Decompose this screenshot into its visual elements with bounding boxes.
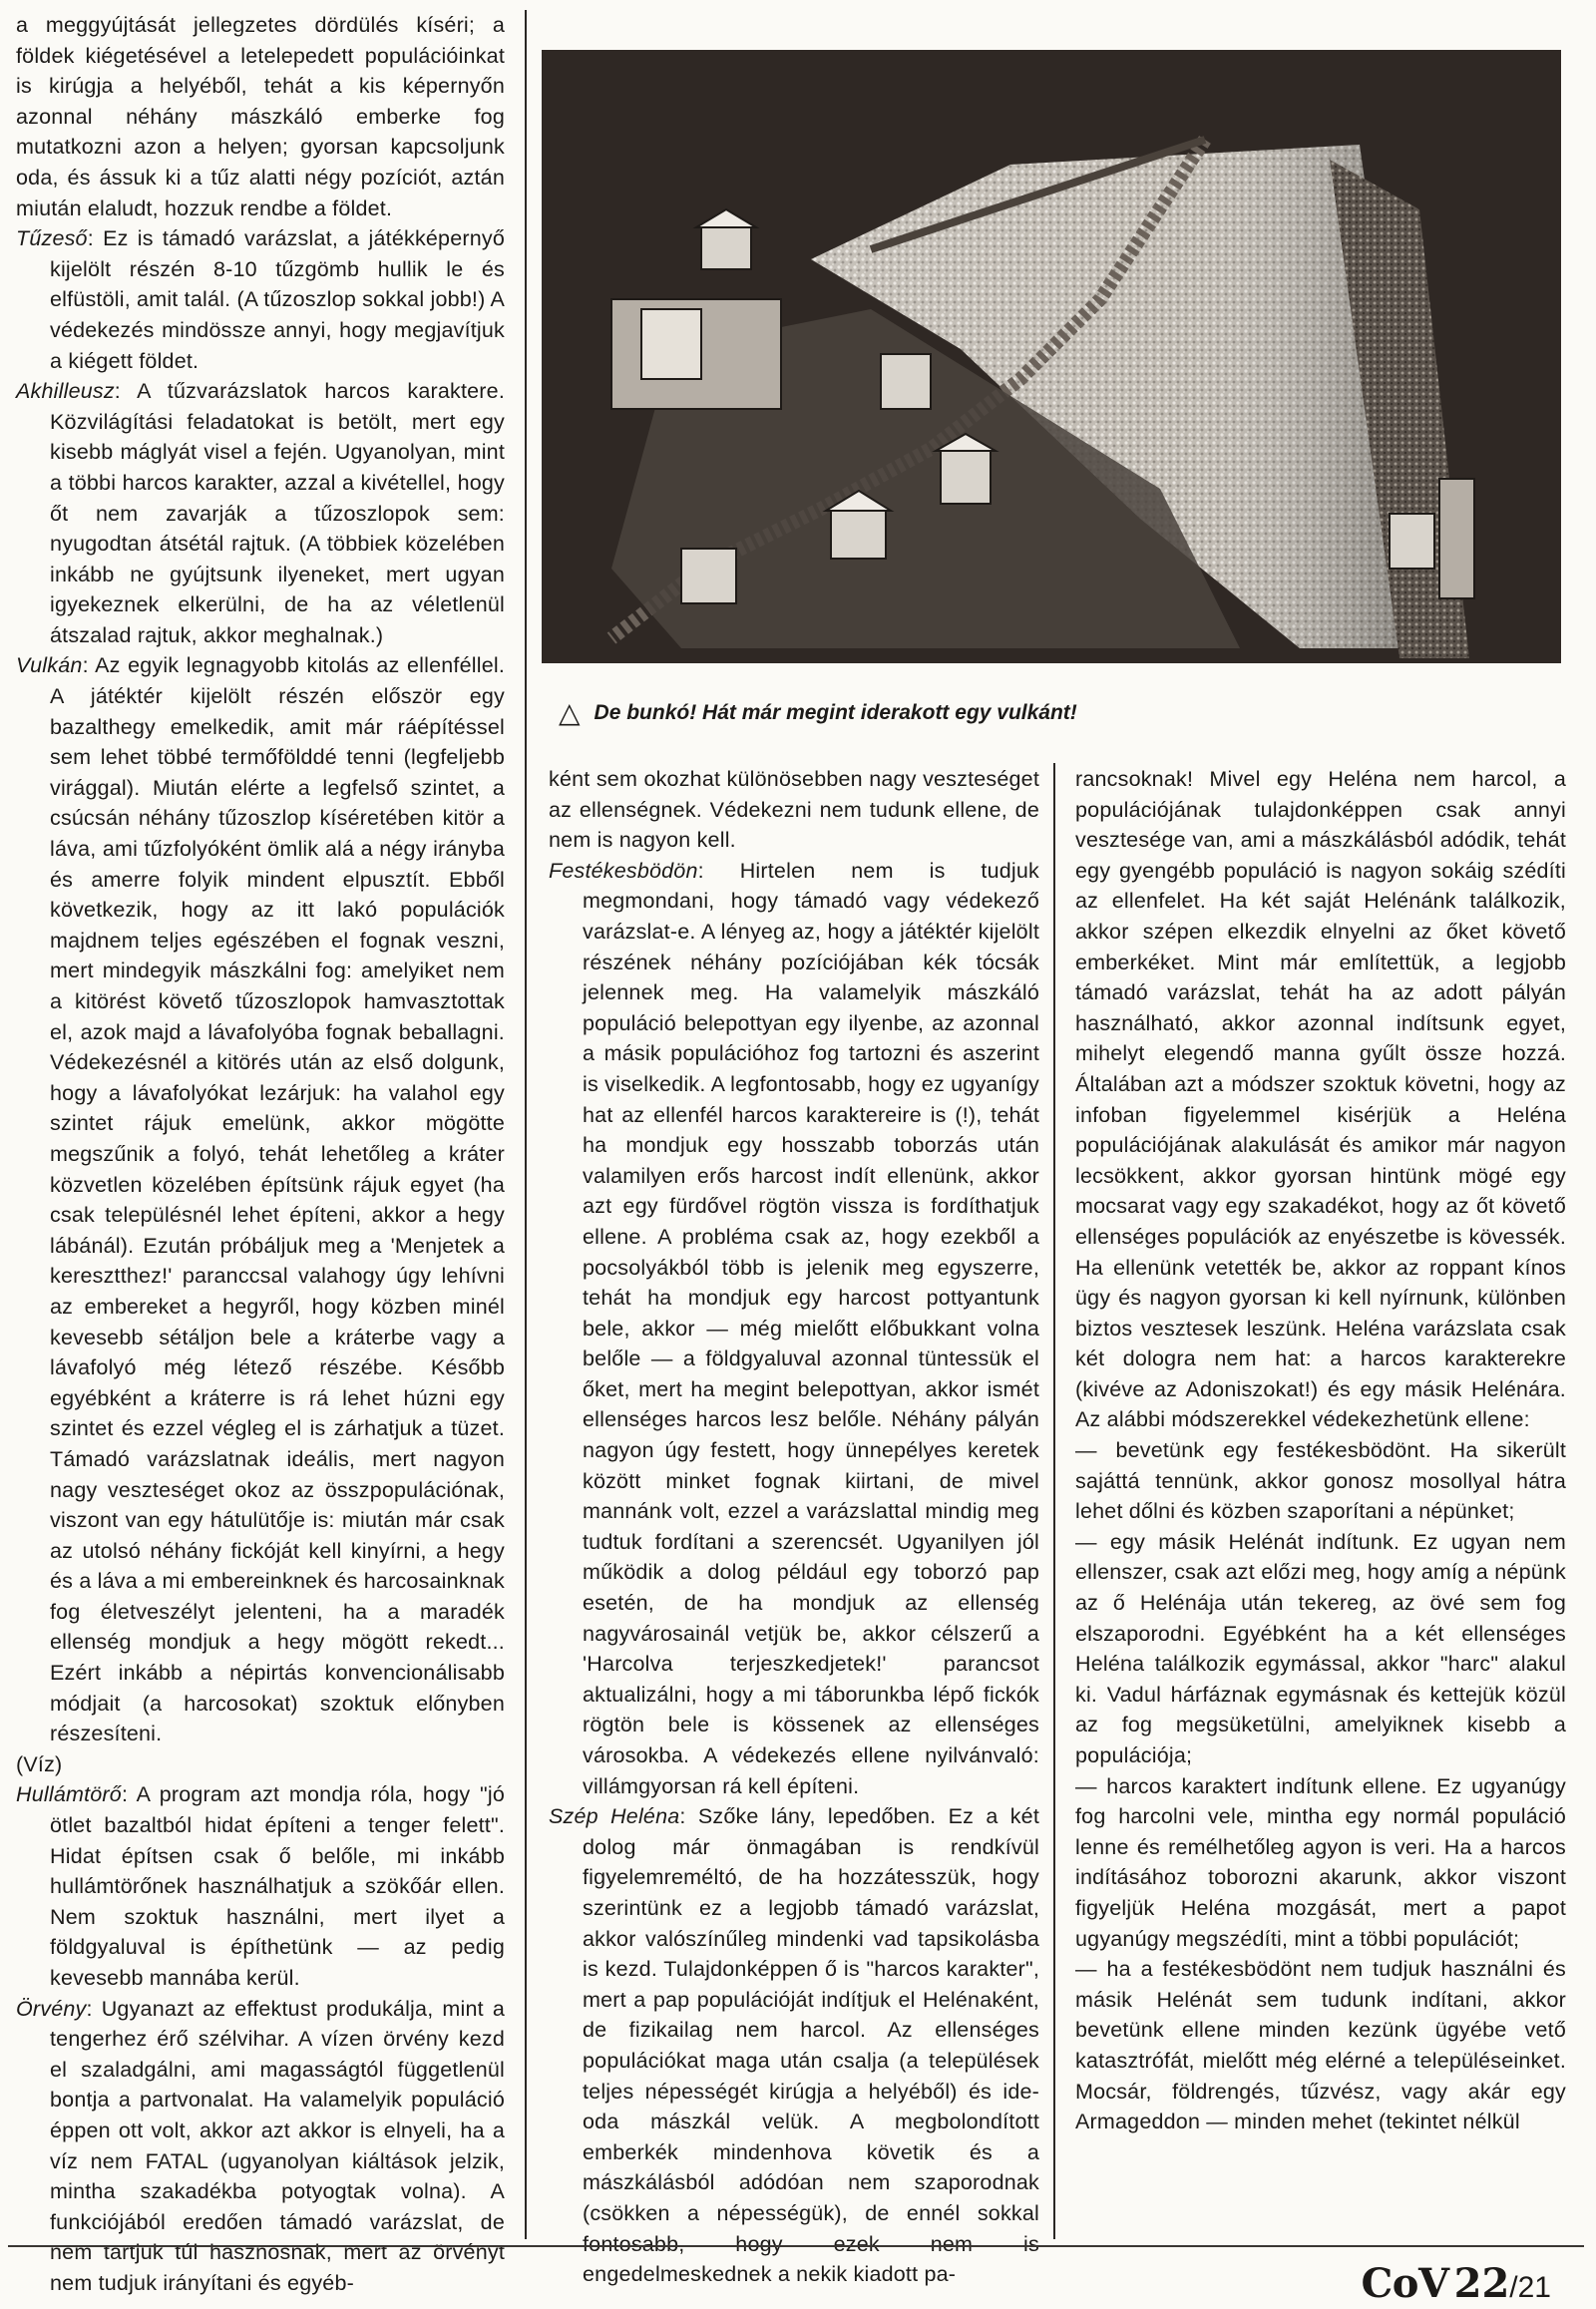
defense-method-item: — harcos karaktert indítunk ellene. Ez u… [1075, 1771, 1566, 1955]
page-separator: / [1509, 2271, 1517, 2304]
article-column-1: a meggyújtását jellegzetes dördülés kísé… [16, 10, 505, 2299]
spell-description: : Ugyanazt az effektust produkálja, mint… [50, 1997, 505, 2295]
spell-entry-akhilleusz: Akhilleusz: A tűzvarázslatok harcos kara… [16, 376, 505, 650]
spell-term: Tűzeső [16, 226, 88, 250]
spell-term: Örvény [16, 1997, 87, 2021]
triangle-icon: △ [559, 699, 581, 727]
figure-caption: △ De bunkó! Hát már megint iderakott egy… [559, 698, 1556, 728]
issue-number: 22 [1454, 2260, 1510, 2307]
spell-entry-tuzeso: Tűzeső: Ez is támadó varázslat, a játékk… [16, 223, 505, 376]
defense-method-item: — ha a festékesbödönt nem tudjuk használ… [1075, 1954, 1566, 2137]
volcano-scene-image [542, 50, 1561, 663]
column-divider [1053, 763, 1055, 2239]
magazine-brand: CoV [1361, 2260, 1448, 2307]
defense-method-item: — bevetünk egy festékesbödönt. Ha sikerü… [1075, 1435, 1566, 1527]
page-number: 21 [1518, 2271, 1551, 2304]
spell-description: : A tűzvarázslatok harcos karaktere. Köz… [50, 379, 505, 647]
spell-description: : Szőke lány, lepedőben. Ez a két dolog … [583, 1804, 1039, 2286]
article-column-3: rancsoknak! Mivel egy Heléna nem harcol,… [1075, 764, 1566, 2137]
spell-description: : Hirtelen nem is tudjuk megmondani, hog… [583, 859, 1039, 1798]
spell-description: : Az egyik legnagyobb kitolás az ellenfé… [50, 653, 505, 1745]
spell-entry-vulkan: Vulkán: Az egyik legnagyobb kitolás az e… [16, 650, 505, 1748]
paragraph-continuation: rancsoknak! Mivel egy Heléna nem harcol,… [1075, 764, 1566, 1435]
spell-description: : A program azt mondja róla, hogy "jó öt… [50, 1782, 505, 1990]
spell-term: Hullámtörő [16, 1782, 122, 1806]
spell-entry-hullamtoro: Hullámtörő: A program azt mondja róla, h… [16, 1779, 505, 1993]
spell-term: Vulkán [16, 653, 83, 677]
spell-entry-orveny: Örvény: Ugyanazt az effektust produkálja… [16, 1994, 505, 2299]
paragraph-continuation: ként sem okozhat különösebben nagy veszt… [549, 764, 1039, 856]
spell-term: Akhilleusz [16, 379, 115, 403]
defense-method-item: — egy másik Helénát indítunk. Ez ugyan n… [1075, 1527, 1566, 1771]
caption-text: De bunkó! Hát már megint iderakott egy v… [595, 698, 1077, 728]
paragraph-continuation: a meggyújtását jellegzetes dördülés kísé… [16, 10, 505, 223]
spell-entry-festekesbodon: Festékesbödön: Hirtelen nem is tudjuk me… [549, 856, 1039, 1801]
game-screenshot-figure [542, 50, 1561, 663]
spell-term: Festékesbödön [549, 859, 698, 883]
section-heading-viz: (Víz) [16, 1749, 505, 1780]
page-footer: CoV 22/21 [1361, 2260, 1551, 2307]
spell-description: : Ez is támadó varázslat, a játékképerny… [50, 226, 505, 372]
article-column-2: ként sem okozhat különösebben nagy veszt… [549, 764, 1039, 2290]
column-divider [525, 10, 527, 2239]
spell-entry-szep-helena: Szép Heléna: Szőke lány, lepedőben. Ez a… [549, 1801, 1039, 2290]
spell-term: Szép Heléna [549, 1804, 679, 1828]
footer-rule [8, 2245, 1584, 2247]
